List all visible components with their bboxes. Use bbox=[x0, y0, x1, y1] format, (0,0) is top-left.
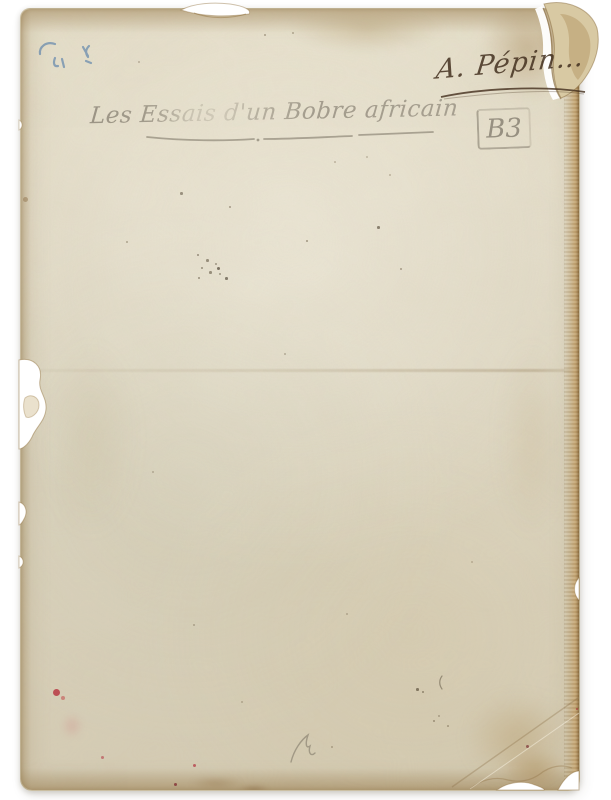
speck bbox=[201, 267, 203, 269]
manuscript-photo: A. Pépin… Les Essais d'un Bobre africain… bbox=[0, 0, 611, 800]
speck bbox=[193, 624, 195, 626]
speck bbox=[217, 267, 220, 270]
shelfmark: B3 bbox=[486, 113, 523, 144]
speck bbox=[138, 61, 140, 63]
speck bbox=[197, 254, 199, 256]
speck bbox=[306, 240, 308, 242]
speck bbox=[264, 34, 266, 36]
speck bbox=[126, 241, 128, 243]
speck bbox=[433, 720, 435, 722]
speck bbox=[576, 708, 578, 710]
speck bbox=[334, 161, 336, 163]
speck bbox=[53, 689, 60, 696]
speck bbox=[180, 192, 183, 195]
speck bbox=[193, 764, 196, 767]
speck bbox=[174, 783, 177, 786]
speck bbox=[400, 268, 402, 270]
speck bbox=[215, 263, 217, 265]
speck bbox=[377, 226, 380, 229]
speck bbox=[23, 197, 28, 202]
speck bbox=[292, 32, 294, 34]
speck bbox=[422, 691, 424, 693]
speck bbox=[206, 259, 209, 262]
speck bbox=[198, 277, 200, 279]
speck bbox=[471, 561, 473, 563]
speck bbox=[526, 745, 529, 748]
speck bbox=[241, 701, 243, 703]
speck bbox=[229, 206, 231, 208]
speck bbox=[416, 688, 419, 691]
speck bbox=[447, 725, 449, 727]
speck bbox=[209, 271, 212, 274]
speck bbox=[225, 277, 228, 280]
speck bbox=[20, 171, 21, 175]
speck bbox=[152, 471, 154, 473]
speck bbox=[331, 746, 333, 748]
speck bbox=[284, 353, 286, 355]
speck bbox=[366, 156, 368, 158]
shelfmark-box: B3 bbox=[476, 107, 531, 150]
speck bbox=[219, 273, 221, 275]
speck bbox=[438, 715, 440, 717]
speck bbox=[61, 696, 65, 700]
speck bbox=[101, 756, 104, 759]
speck bbox=[389, 174, 391, 176]
speck bbox=[346, 613, 348, 615]
